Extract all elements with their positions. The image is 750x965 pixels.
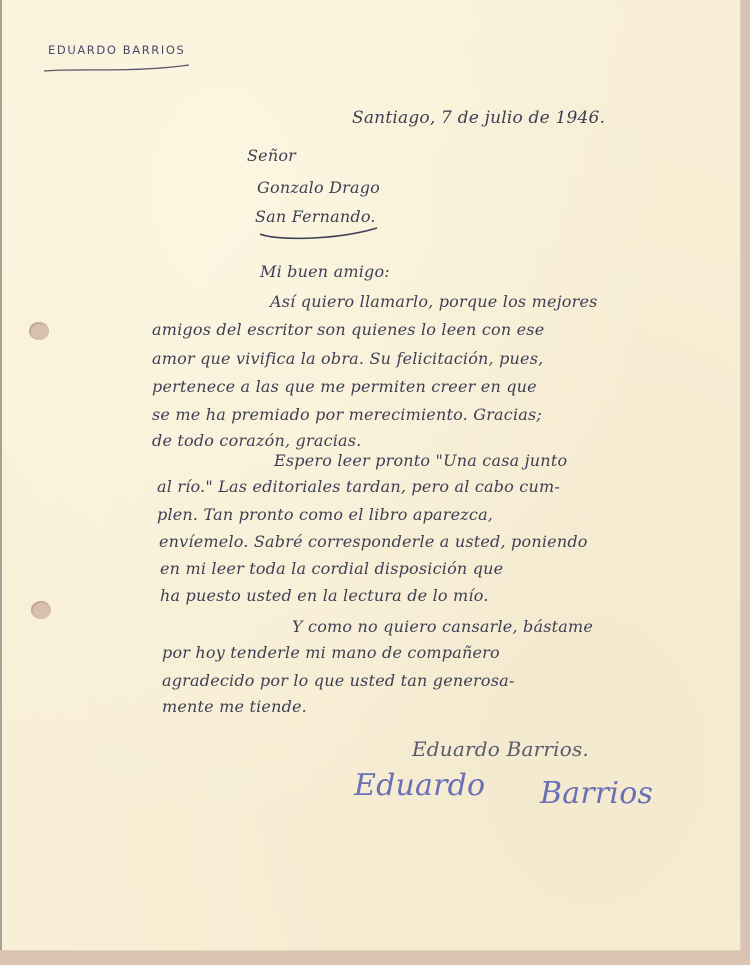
signature-blue-first: Eduardo bbox=[354, 768, 485, 803]
body-line: al río." Las editoriales tardan, pero al… bbox=[157, 477, 560, 496]
punch-hole-top bbox=[29, 322, 49, 340]
body-line: amor que vivifica la obra. Su felicitaci… bbox=[152, 349, 543, 368]
salutation: Mi buen amigo: bbox=[260, 262, 390, 281]
body-line: mente me tiende. bbox=[162, 697, 307, 716]
body-line: por hoy tenderle mi mano de compañero bbox=[162, 643, 500, 662]
body-line: agradecido por lo que usted tan generosa… bbox=[162, 671, 515, 690]
place-date: Santiago, 7 de julio de 1946. bbox=[352, 108, 605, 128]
body-line: Así quiero llamarlo, porque los mejores bbox=[270, 292, 598, 311]
recipient-title: Señor bbox=[247, 146, 296, 165]
body-line: Y como no quiero cansarle, bástame bbox=[292, 617, 593, 636]
body-line: amigos del escritor son quienes lo leen … bbox=[152, 320, 544, 339]
body-line: se me ha premiado por merecimiento. Grac… bbox=[152, 405, 542, 424]
punch-hole-bottom bbox=[31, 601, 51, 619]
body-line: ha puesto usted en la lectura de lo mío. bbox=[160, 586, 489, 605]
body-line: de todo corazón, gracias. bbox=[152, 431, 361, 450]
body-line: pertenece a las que me permiten creer en… bbox=[152, 377, 537, 396]
body-line: Espero leer pronto "Una casa junto bbox=[274, 451, 567, 470]
body-line: en mi leer toda la cordial disposición q… bbox=[160, 559, 503, 578]
letterhead-flourish bbox=[42, 62, 192, 74]
signature-ink: Eduardo Barrios. bbox=[412, 737, 589, 761]
body-line: envíemelo. Sabré corresponderle a usted,… bbox=[159, 532, 588, 551]
letter-page: EDUARDO BARRIOS Santiago, 7 de julio de … bbox=[2, 0, 740, 950]
letterhead-name: EDUARDO BARRIOS bbox=[48, 43, 185, 57]
body-line: plen. Tan pronto como el libro aparezca, bbox=[157, 505, 493, 524]
signature-blue-last: Barrios bbox=[540, 776, 653, 811]
recipient-name: Gonzalo Drago bbox=[257, 178, 380, 197]
recipient-underline bbox=[257, 224, 382, 242]
